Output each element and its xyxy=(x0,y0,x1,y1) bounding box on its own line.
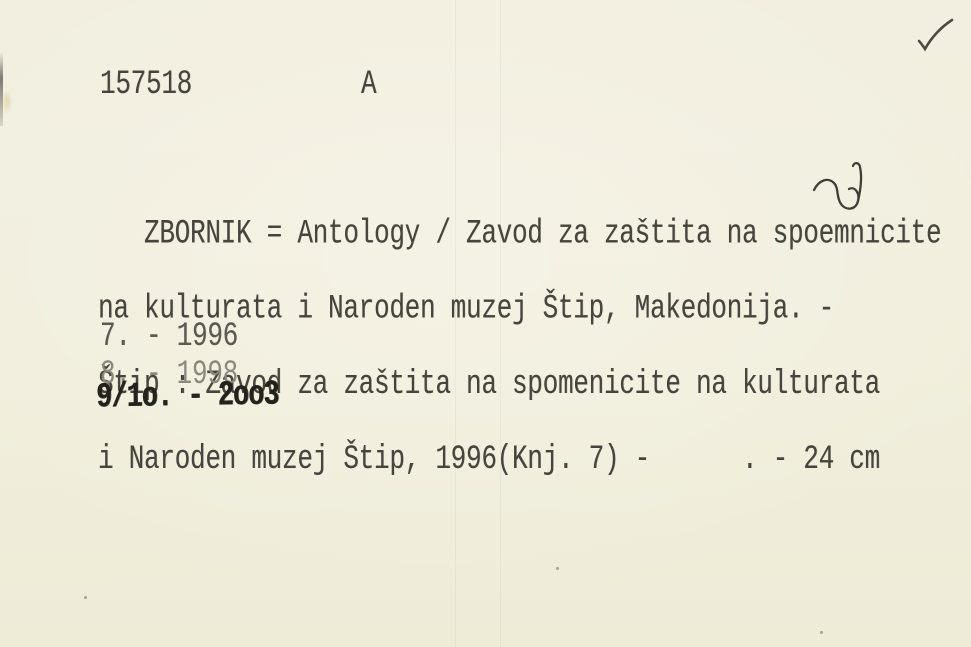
holding-entry: 7. - 1996 xyxy=(100,324,238,349)
accession-number: 157518 xyxy=(100,72,192,97)
dust-speck xyxy=(556,567,559,570)
transposition-mark-icon xyxy=(800,158,880,220)
holding-entry-handwritten: 9/1o. - 2oo3 xyxy=(96,384,279,412)
entry-line-1: ZBORNIK = Antology / Zavod za zaštita na… xyxy=(98,221,941,246)
entry-line-4: i Naroden muzej Štip, 1996(Knj. 7) - . -… xyxy=(98,447,941,472)
dust-speck xyxy=(84,596,87,599)
classification-letter: A xyxy=(361,72,376,97)
check-icon xyxy=(912,16,960,60)
dust-speck xyxy=(820,631,823,634)
paper-smudge xyxy=(0,86,14,118)
catalog-card: 157518 A ZBORNIK = Antology / Zavod za z… xyxy=(0,0,971,647)
